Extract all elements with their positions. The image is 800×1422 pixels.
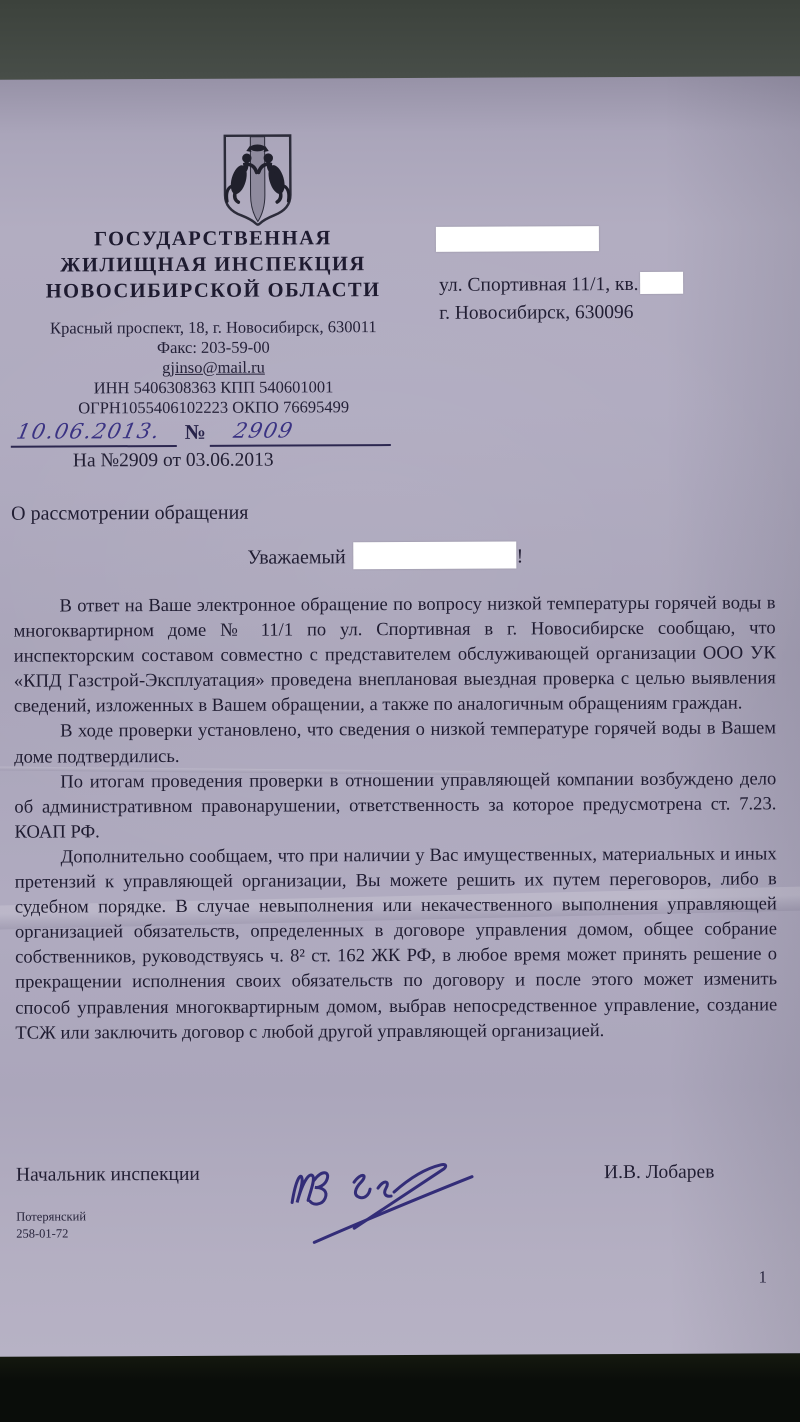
org-inn-kpp: ИНН 5406308363 КПП 540601001	[8, 377, 420, 399]
redacted-recipient-name	[436, 226, 599, 252]
handwritten-date: 10.06.2013.	[14, 419, 163, 446]
organization-name: ГОСУДАРСТВЕННАЯ ЖИЛИЩНАЯ ИНСПЕКЦИЯ НОВОС…	[17, 225, 409, 305]
date-blank-line: 10.06.2013.	[11, 411, 177, 448]
coat-of-arms-emblem	[221, 132, 293, 226]
number-sign: №	[185, 420, 206, 445]
signer-position: Начальник инспекции	[16, 1164, 200, 1187]
reference-line: На №2909 от 03.06.2013	[73, 450, 274, 473]
executor-name: Потерянский	[16, 1208, 86, 1225]
body-paragraph: В ответ на Ваше электронное обращение по…	[13, 590, 776, 719]
org-name-line: ЖИЛИЩНАЯ ИНСПЕКЦИЯ	[17, 251, 409, 279]
salutation-line: Уважаемый!	[247, 541, 523, 569]
org-address: Красный проспект, 18, г. Новосибирск, 63…	[7, 317, 419, 339]
body-paragraph: Дополнительно сообщаем, что при наличии …	[15, 841, 778, 1045]
salutation-prefix: Уважаемый	[247, 546, 345, 568]
letter-body: В ответ на Ваше электронное обращение по…	[13, 590, 777, 1045]
letterhead-contacts: Красный проспект, 18, г. Новосибирск, 63…	[7, 317, 419, 419]
salutation-suffix: !	[517, 545, 524, 567]
recipient-street: ул. Спортивная 11/1, кв.	[439, 274, 639, 296]
recipient-address-line2: г. Новосибирск, 630096	[439, 302, 633, 325]
executor-block: Потерянский 258-01-72	[16, 1208, 86, 1241]
page-number: 1	[758, 1267, 767, 1287]
org-name-line: ГОСУДАРСТВЕННАЯ	[17, 225, 409, 253]
signer-name: И.В. Лобарев	[604, 1162, 715, 1184]
photographed-letter: ГОСУДАРСТВЕННАЯ ЖИЛИЩНАЯ ИНСПЕКЦИЯ НОВОС…	[0, 0, 800, 1422]
redacted-addressee-name	[354, 541, 517, 569]
org-name-line: НОВОСИБИРСКОЙ ОБЛАСТИ	[17, 277, 409, 305]
body-paragraph: По итогам проведения проверки в отношени…	[14, 766, 776, 845]
redacted-apartment-number	[640, 272, 683, 294]
org-fax: Факс: 203-59-00	[7, 337, 419, 359]
org-email: gjinso@mail.ru	[7, 357, 419, 379]
executor-phone: 258-01-72	[16, 1225, 86, 1242]
handwritten-number: 2909	[231, 418, 296, 444]
handwritten-signature	[274, 1138, 507, 1259]
body-paragraph: В ходе проверки установлено, что сведени…	[14, 716, 776, 770]
table-surface-bottom	[0, 1354, 800, 1422]
number-blank-line: 2909	[210, 410, 391, 447]
recipient-address-line1: ул. Спортивная 11/1, кв.	[439, 272, 684, 297]
letter-page: ГОСУДАРСТВЕННАЯ ЖИЛИЩНАЯ ИНСПЕКЦИЯ НОВОС…	[0, 76, 800, 1357]
loaf-icon	[250, 144, 265, 151]
outgoing-date-number-line: 10.06.2013. № 2909	[11, 410, 391, 448]
subject-line: О рассмотрении обращения	[11, 502, 248, 526]
